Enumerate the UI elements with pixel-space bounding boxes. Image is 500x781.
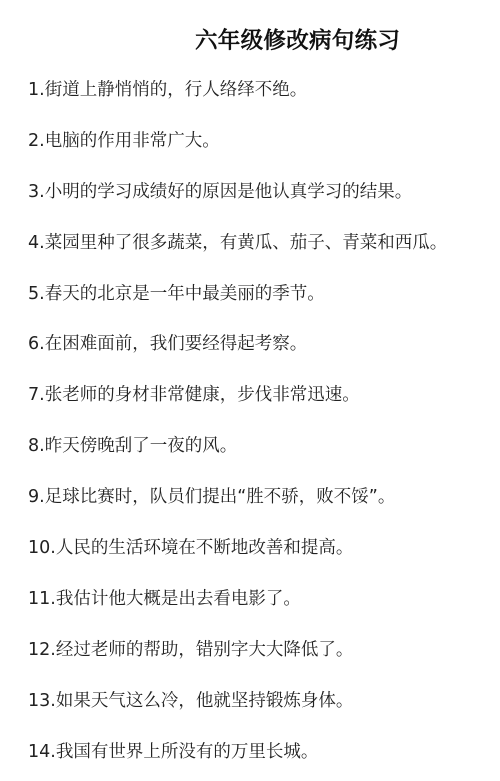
sentence-item-10: 10.人民的生活环境在不断地改善和提高。 <box>28 534 447 585</box>
sentence-item-5: 5.春天的北京是一年中最美丽的季节。 <box>28 280 447 331</box>
sentence-item-14: 14.我国有世界上所没有的万里长城。 <box>28 738 447 781</box>
sentence-item-3: 3.小明的学习成绩好的原因是他认真学习的结果。 <box>28 178 447 229</box>
sentence-item-11: 11.我估计他大概是出去看电影了。 <box>28 585 447 636</box>
sentence-item-13: 13.如果天气这么冷，他就坚持锻炼身体。 <box>28 687 447 738</box>
sentence-item-12: 12.经过老师的帮助，错别字大大降低了。 <box>28 636 447 687</box>
sentence-item-9: 9.足球比赛时，队员们提出“胜不骄，败不馁”。 <box>28 483 447 534</box>
sentence-item-6: 6.在困难面前，我们要经得起考察。 <box>28 330 447 381</box>
sentence-item-2: 2.电脑的作用非常广大。 <box>28 127 447 178</box>
page-title: 六年级修改病句练习 <box>195 26 415 56</box>
sentence-item-8: 8.昨天傍晚刮了一夜的风。 <box>28 432 447 483</box>
sentence-item-7: 7.张老师的身材非常健康，步伐非常迅速。 <box>28 381 447 432</box>
sentence-item-4: 4.菜园里种了很多蔬菜，有黄瓜、茄子、青菜和西瓜。 <box>28 229 447 280</box>
sentence-list: 1.街道上静悄悄的，行人络绎不绝。 2.电脑的作用非常广大。 3.小明的学习成绩… <box>28 76 447 781</box>
sentence-item-1: 1.街道上静悄悄的，行人络绎不绝。 <box>28 76 447 127</box>
